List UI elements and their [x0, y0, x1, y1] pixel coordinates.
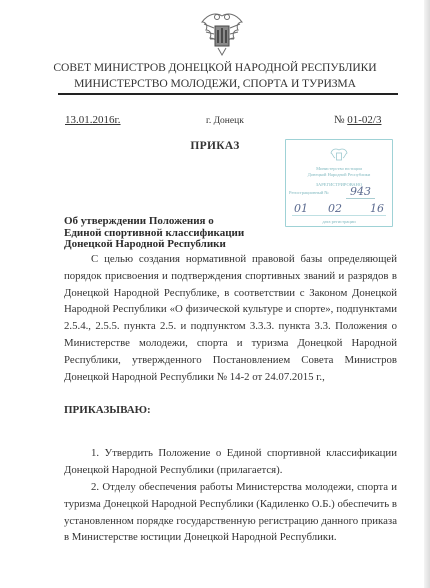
- stamp-month: 02: [328, 202, 342, 215]
- order-item-2: 2. Отделу обеспечения работы Министерств…: [64, 479, 397, 546]
- stamp-date-underline: [292, 215, 386, 216]
- stamp-republic: Донецкой Народной Республики: [286, 172, 392, 177]
- preamble-text: С целью создания нормативной правовой ба…: [64, 253, 397, 383]
- subject-line-3: Донецкой Народной Республики: [64, 239, 244, 251]
- stamp-year: 16: [370, 202, 384, 215]
- order-date: 13.01.2016г.: [65, 114, 121, 126]
- order-number: № 01-02/3: [334, 114, 381, 126]
- header-divider: [58, 93, 398, 95]
- stamp-ministry: Министерство юстиции: [286, 166, 392, 171]
- order-subject: Об утверждении Положения о Единой спорти…: [64, 216, 244, 251]
- order-number-prefix: №: [334, 114, 347, 126]
- order-number-value: 01-02/3: [347, 114, 381, 126]
- order-city: г. Донецк: [206, 116, 244, 126]
- order-item-1-text: 1. Утвердить Положение о Единой спортивн…: [64, 447, 397, 476]
- header-ministry: МИНИСТЕРСТВО МОЛОДЕЖИ, СПОРТА И ТУРИЗМА: [0, 77, 430, 90]
- stamp-reg-number: 943: [346, 185, 375, 199]
- preamble-paragraph: С целью создания нормативной правовой ба…: [64, 251, 397, 385]
- subject-line-1: Об утверждении Положения о: [64, 216, 244, 228]
- stamp-day: 01: [294, 202, 308, 215]
- orders-heading: ПРИКАЗЫВАЮ:: [64, 404, 151, 416]
- dpr-coat-of-arms-icon: [198, 8, 246, 58]
- stamp-registered: ЗАРЕГИСТРИРОВАНО: [286, 182, 392, 187]
- registration-stamp: Министерство юстиции Донецкой Народной Р…: [285, 139, 393, 227]
- order-item-2-text: 2. Отделу обеспечения работы Министерств…: [64, 481, 397, 543]
- stamp-emblem-icon: [330, 147, 348, 163]
- stamp-date-label: дата регистрации: [286, 219, 392, 224]
- order-item-1: 1. Утвердить Положение о Единой спортивн…: [64, 445, 397, 479]
- header-council: СОВЕТ МИНИСТРОВ ДОНЕЦКОЙ НАРОДНОЙ РЕСПУБ…: [0, 61, 430, 74]
- stamp-reg-label: Регистрационный №: [286, 190, 395, 195]
